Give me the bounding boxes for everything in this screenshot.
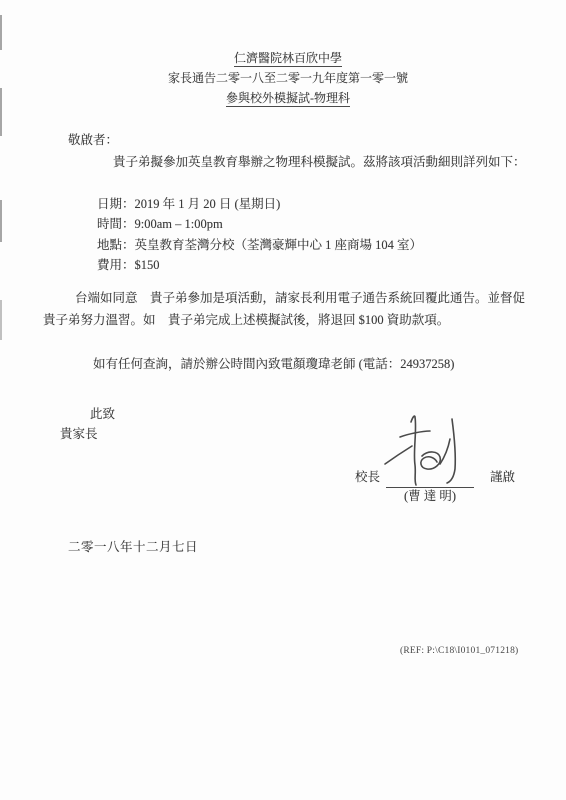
letterhead: 仁濟醫院林百欣中學 家長通告二零一八至二零一九年度第一零一號 參與校外模擬試-物… (10, 48, 566, 108)
detail-time: 時間：9:00am – 1:00pm (97, 218, 223, 231)
scan-edge-artifact (0, 15, 2, 50)
scan-edge-artifact (0, 300, 2, 340)
closing-phrase: 此致 (90, 408, 115, 421)
principal-title: 校長 (355, 471, 380, 484)
document-page: 仁濟醫院林百欣中學 家長通告二零一八至二零一九年度第一零一號 參與校外模擬試-物… (0, 0, 566, 800)
enquiry-line: 如有任何查詢，請於辦公時間內致電顏瓊瑋老師 (電話：24937258) (93, 358, 454, 371)
detail-fee: 費用：$150 (97, 259, 160, 272)
reply-paragraph-line2: 貴子弟努力溫習。如 貴子弟完成上述模擬試後，將退回 $100 資助款項。 (43, 314, 449, 327)
intro-paragraph: 貴子弟擬參加英皇教育舉辦之物理科模擬試。茲將該項活動細則詳列如下： (113, 156, 526, 169)
school-name: 仁濟醫院林百欣中學 (10, 48, 566, 68)
scan-edge-artifact (0, 200, 2, 242)
principal-name: (曹 達 明) (384, 490, 476, 503)
respectfully-label: 謹啟 (490, 471, 515, 484)
issue-date: 二零一八年十二月七日 (68, 541, 198, 554)
salutation: 敬啟者： (68, 134, 118, 147)
addressee: 貴家長 (60, 428, 98, 441)
scan-edge-artifact (0, 88, 2, 136)
detail-venue: 地點：英皇教育荃灣分校（荃灣豪輝中心 1 座商場 104 室） (97, 239, 422, 252)
detail-date: 日期：2019 年 1 月 20 日 (星期日) (97, 198, 280, 211)
reference-number: (REF: P:\C18\I0101_071218) (400, 647, 518, 657)
notice-number-line: 家長通告二零一八至二零一九年度第一零一號 (10, 68, 566, 88)
scanned-letter: { "header": { "school_name": "仁濟醫院林百欣中學"… (0, 0, 566, 800)
reply-paragraph-line1: 台端如同意 貴子弟參加是項活動，請家長利用電子通告系統回覆此通告。並督促 (75, 292, 525, 305)
subject-title: 參與校外模擬試-物理科 (10, 88, 566, 108)
principal-signature (382, 409, 464, 491)
